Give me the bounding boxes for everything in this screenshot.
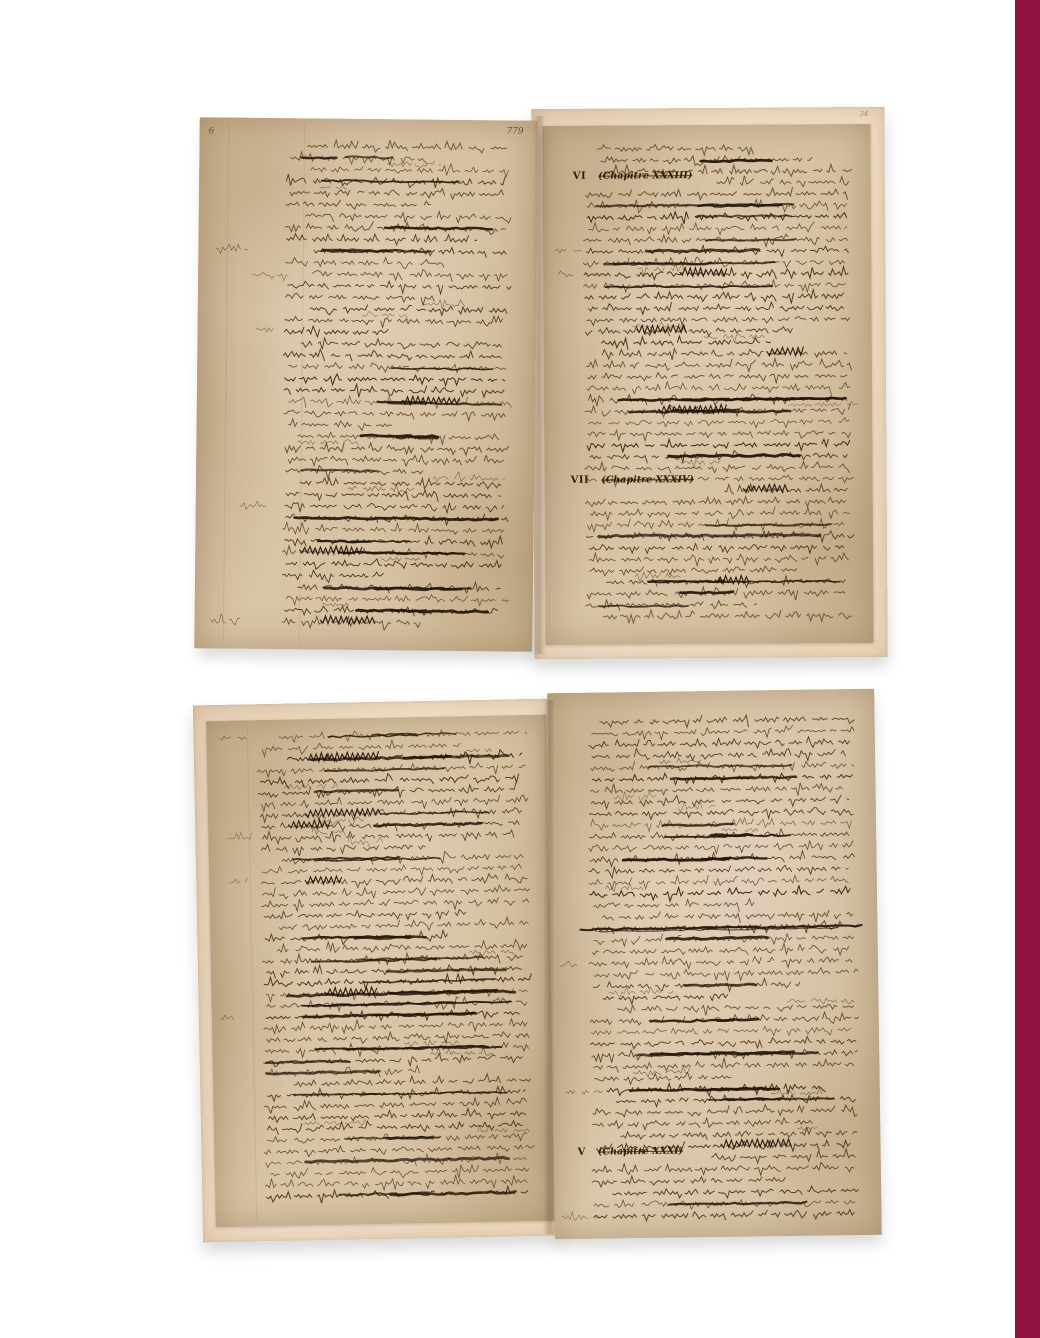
handwriting-scribble <box>194 117 538 652</box>
accent-bar <box>1015 0 1040 1338</box>
corner-mark: 6 <box>209 126 215 136</box>
chapter-numeral: V <box>578 1147 586 1158</box>
chapter-numeral: VI <box>573 171 587 182</box>
chapter-title: (Chapitre XXXIV) <box>601 474 694 486</box>
chapter-heading-v: V (Chapitre XXXI) <box>577 1138 683 1158</box>
chapter-title: (Chapitre XXXI) <box>598 1145 683 1157</box>
handwriting-scribble <box>206 715 556 1227</box>
manuscript-page-bottom-left <box>206 715 556 1227</box>
backing-sheet-bottom-left <box>193 699 559 1243</box>
chapter-heading-vii: VII (Chapitre XXXIV) <box>571 467 694 487</box>
manuscript-photo: 34 VI (Chapitre XXXIII) VII (Chapitre XX… <box>0 0 1040 1338</box>
chapter-numeral: VII <box>571 475 590 486</box>
manuscript-page-bottom-right: V (Chapitre XXXI) <box>547 689 882 1240</box>
manuscript-page-top-left: 6 779 <box>194 117 538 652</box>
chapter-heading-vi: VI (Chapitre XXXIII) <box>573 163 693 183</box>
page-number: 779 <box>506 126 523 136</box>
manuscript-page-top-right: VI (Chapitre XXXIII) VII (Chapitre XXXIV… <box>542 124 873 645</box>
handwriting-scribble <box>542 124 873 645</box>
chapter-title: (Chapitre XXXIII) <box>598 170 692 182</box>
backing-sheet-top-right: 34 VI (Chapitre XXXIII) VII (Chapitre XX… <box>531 107 887 659</box>
backing-page-number: 34 <box>859 110 868 118</box>
